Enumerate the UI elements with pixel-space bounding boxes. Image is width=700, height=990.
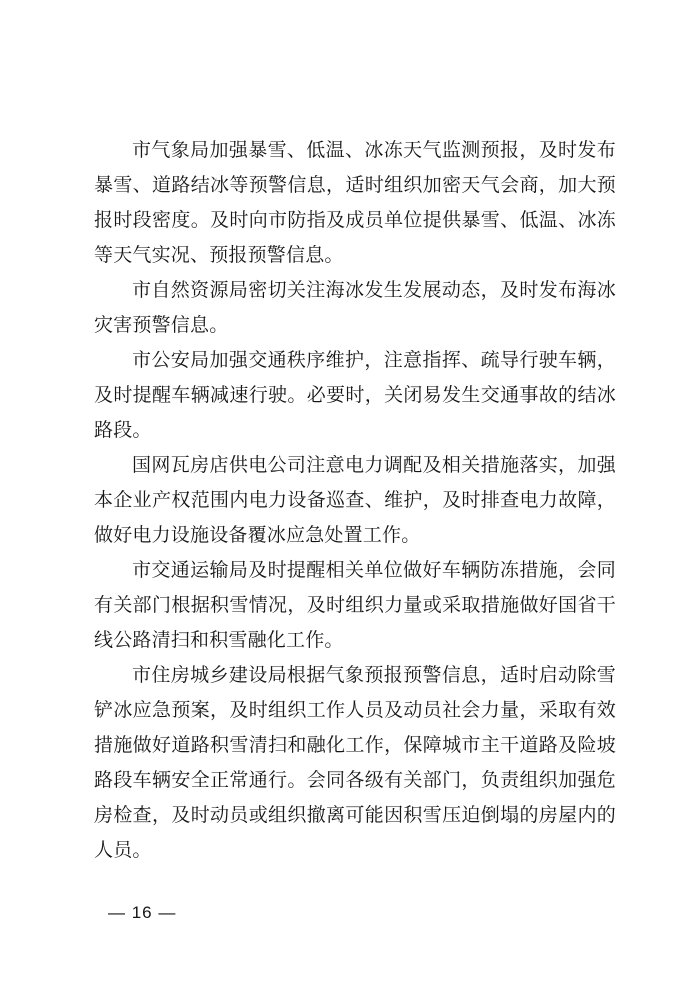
document-page: 市气象局加强暴雪、低温、冰冻天气监测预报，及时发布暴雪、道路结冰等预警信息，适时… [0, 0, 700, 990]
page-number: — 16 — [108, 903, 176, 923]
paragraph-meteorological-bureau: 市气象局加强暴雪、低温、冰冻天气监测预报，及时发布暴雪、道路结冰等预警信息，适时… [94, 133, 616, 273]
paragraph-transportation-bureau: 市交通运输局及时提醒相关单位做好车辆防冻措施，会同有关部门根据积雪情况，及时组织… [94, 553, 616, 658]
paragraph-public-security-bureau: 市公安局加强交通秩序维护，注意指挥、疏导行驶车辆，及时提醒车辆减速行驶。必要时，… [94, 343, 616, 448]
document-body: 市气象局加强暴雪、低温、冰冻天气监测预报，及时发布暴雪、道路结冰等预警信息，适时… [94, 133, 616, 868]
paragraph-natural-resources-bureau: 市自然资源局密切关注海冰发生发展动态，及时发布海冰灾害预警信息。 [94, 273, 616, 343]
paragraph-power-supply-company: 国网瓦房店供电公司注意电力调配及相关措施落实，加强本企业产权范围内电力设备巡查、… [94, 448, 616, 553]
paragraph-housing-construction-bureau: 市住房城乡建设局根据气象预报预警信息，适时启动除雪铲冰应急预案，及时组织工作人员… [94, 658, 616, 868]
